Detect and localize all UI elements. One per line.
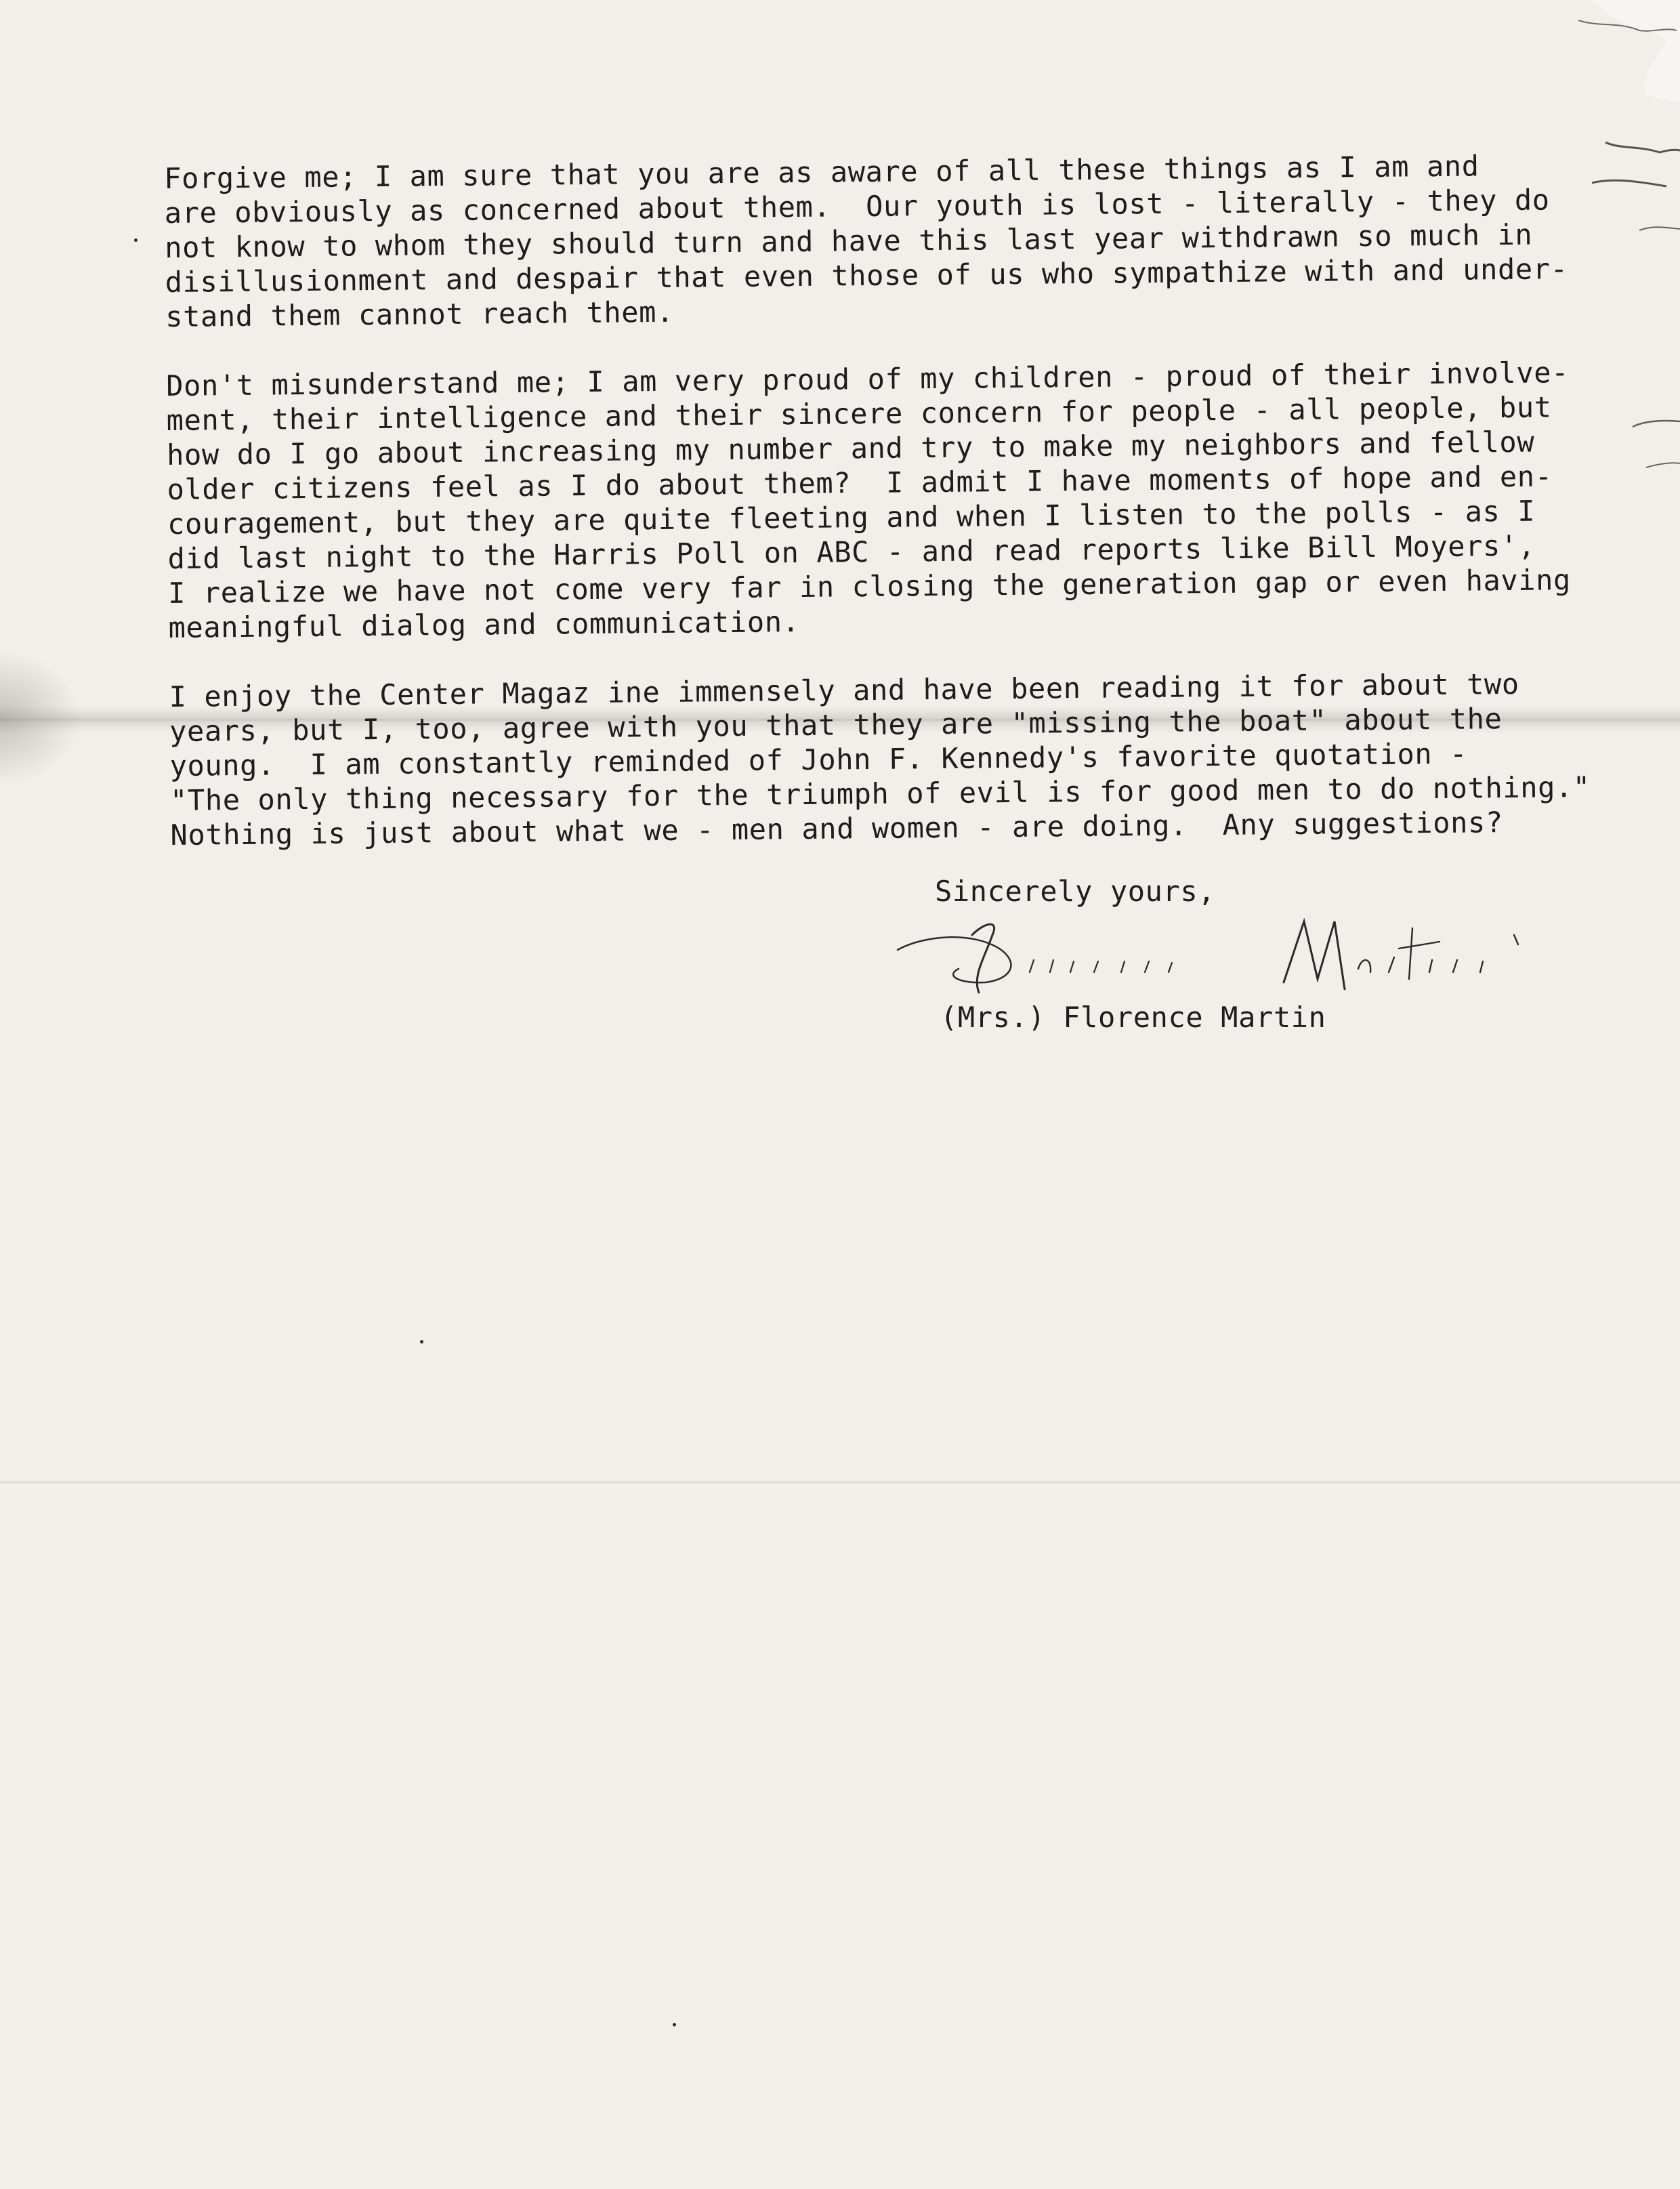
speck — [420, 1340, 423, 1343]
fold-line — [0, 1480, 1680, 1484]
torn-edge — [1565, 0, 1680, 515]
paragraph: Forgive me; I am sure that you are as aw… — [164, 148, 1534, 334]
paragraph: I enjoy the Center Magaz ine immensely a… — [169, 667, 1538, 852]
water-stain — [0, 650, 81, 786]
speck — [673, 2023, 676, 2026]
signed-name: (Mrs.) Florence Martin — [940, 1000, 1326, 1035]
letter-page: Forgive me; I am sure that you are as aw… — [0, 0, 1680, 2189]
paragraph: Don't misunderstand me; I am very proud … — [166, 356, 1537, 645]
letter-body: Forgive me; I am sure that you are as aw… — [164, 148, 1539, 887]
handwritten-signature — [884, 908, 1548, 1003]
speck — [134, 238, 138, 242]
closing-salutation: Sincerely yours, — [935, 874, 1215, 909]
